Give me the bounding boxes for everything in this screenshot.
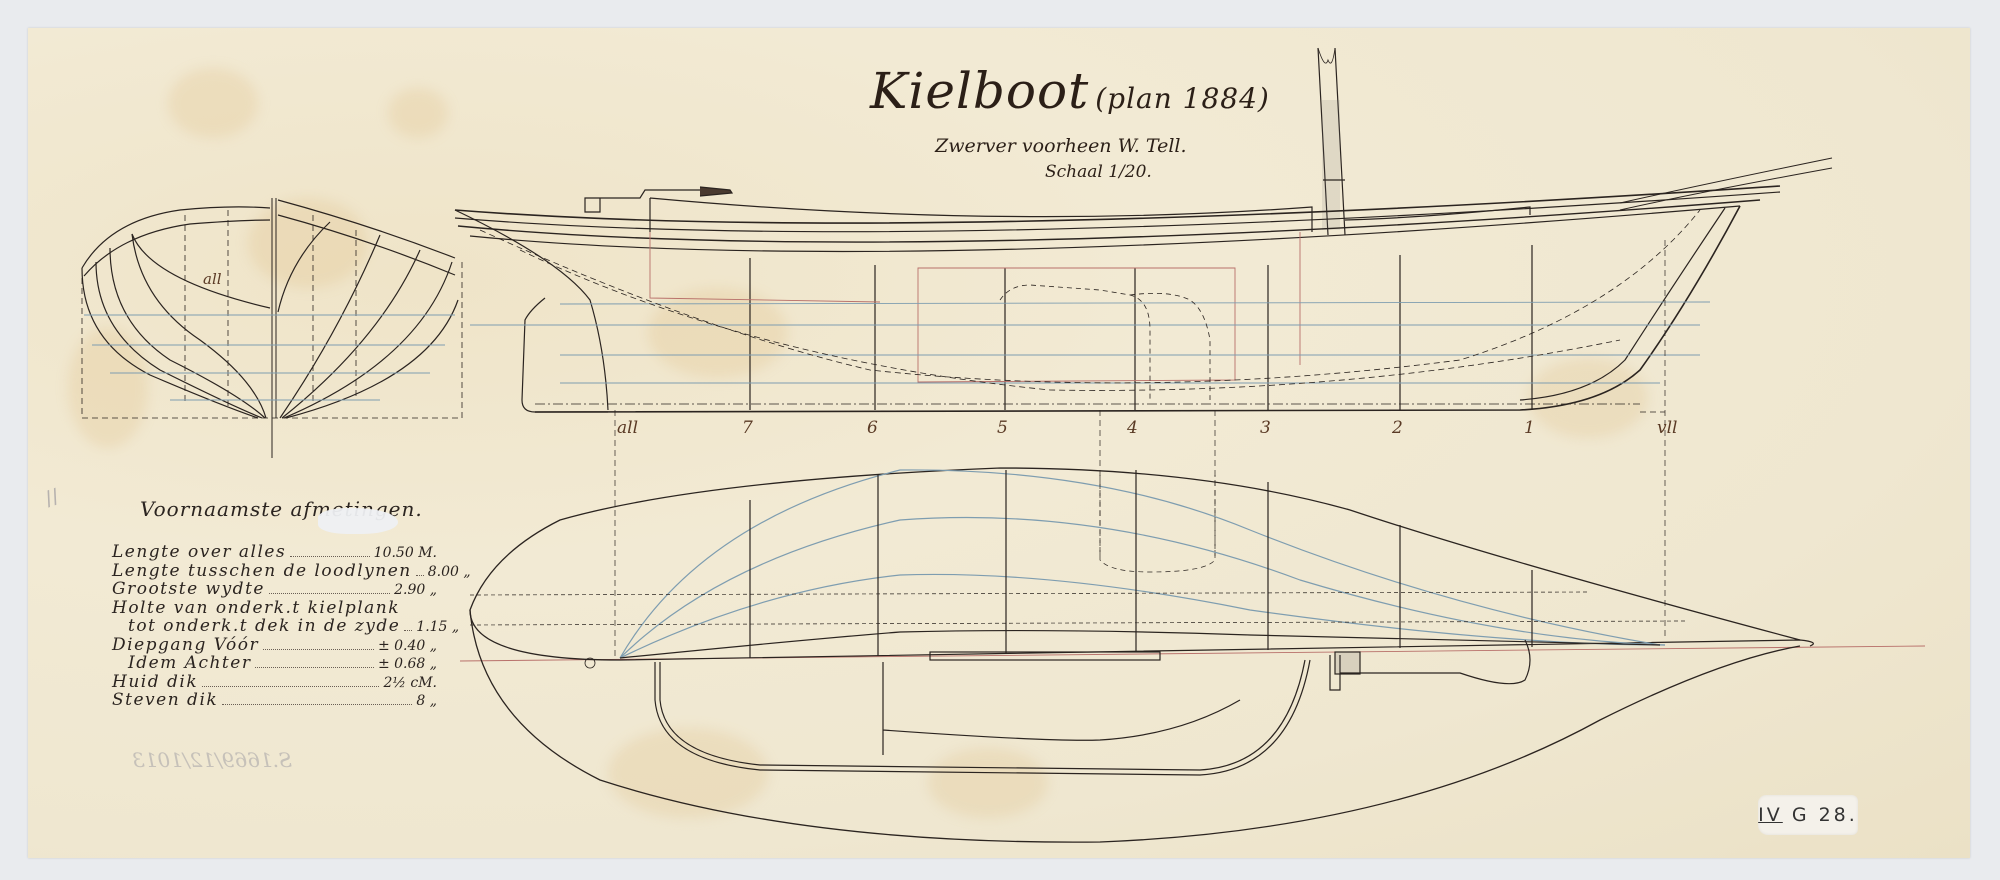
station-label: 6 <box>867 418 878 438</box>
station-label: 1 <box>1524 418 1535 438</box>
spec-label: Grootste wydte <box>112 579 265 599</box>
spec-row: Steven dik8 „ <box>112 690 437 709</box>
leader-dots <box>269 593 390 594</box>
body-plan <box>82 198 462 458</box>
spec-row: tot onderk.t dek in de zyde1.15 „ <box>112 616 437 635</box>
spec-label: Holte van onderk.t kielplank <box>112 598 400 618</box>
paper-tear <box>318 508 398 534</box>
half-breadth-plan <box>460 468 1925 842</box>
spec-value: ± 0.68 „ <box>378 656 437 672</box>
spec-row: Grootste wydte2.90 „ <box>112 579 437 598</box>
spec-label: Huid dik <box>112 672 198 692</box>
spec-row: Lengte over alles10.50 M. <box>112 542 437 561</box>
spec-value: 1.15 „ <box>416 619 459 635</box>
leader-dots <box>263 649 374 650</box>
specifications-table: Lengte over alles10.50 M.Lengte tusschen… <box>112 542 437 709</box>
spec-row: Diepgang Vóór± 0.40 „ <box>112 635 437 654</box>
title-suffix: (plan 1884) <box>1095 82 1270 115</box>
archive-label: IV G 28. <box>1758 795 1858 835</box>
spec-row: Holte van onderk.t kielplank <box>112 598 437 617</box>
spec-label: tot onderk.t dek in de zyde <box>112 616 400 636</box>
leader-dots <box>202 686 379 687</box>
station-label: 4 <box>1127 418 1138 438</box>
scale-note: Schaal 1/20. <box>1045 162 1152 182</box>
spec-value: 8.00 „ <box>428 564 471 580</box>
drawing-title: Kielboot(plan 1884) <box>870 62 1270 120</box>
spec-label: Lengte over alles <box>112 542 286 562</box>
vessel-name: Zwerver voorheen W. Tell. <box>935 135 1187 157</box>
archive-roman: IV <box>1758 804 1783 826</box>
spec-row: Lengte tusschen de loodlynen8.00 „ <box>112 561 437 580</box>
leader-dots <box>416 575 424 576</box>
spec-row: Idem Achter± 0.68 „ <box>112 653 437 672</box>
station-label: 7 <box>742 418 753 438</box>
spec-value: 2.90 „ <box>394 582 437 598</box>
station-label: vll <box>1657 418 1677 438</box>
spec-value: 10.50 M. <box>374 545 437 561</box>
leader-dots <box>222 704 412 705</box>
archive-code: G 28. <box>1792 804 1858 826</box>
station-label: 2 <box>1392 418 1403 438</box>
spec-value: 8 „ <box>416 693 437 709</box>
spec-label: Idem Achter <box>112 653 251 673</box>
spec-label: Lengte tusschen de loodlynen <box>112 561 412 581</box>
spec-value: 2½ cM. <box>383 675 437 691</box>
spec-value: ± 0.40 „ <box>378 638 437 654</box>
leader-dots <box>404 630 412 631</box>
station-label: 5 <box>997 418 1008 438</box>
station-label: all <box>617 418 638 438</box>
leader-dots <box>290 556 369 557</box>
mirrored-stamp: S.1669/12/1013 <box>132 748 292 772</box>
spec-label: Diepgang Vóór <box>112 635 259 655</box>
spec-row: Huid dik2½ cM. <box>112 672 437 691</box>
ship-plan-drawing <box>0 0 2000 880</box>
station-label: 3 <box>1260 418 1271 438</box>
body-plan-label: all <box>203 270 222 288</box>
leader-dots <box>255 667 373 668</box>
spec-label: Steven dik <box>112 690 218 710</box>
